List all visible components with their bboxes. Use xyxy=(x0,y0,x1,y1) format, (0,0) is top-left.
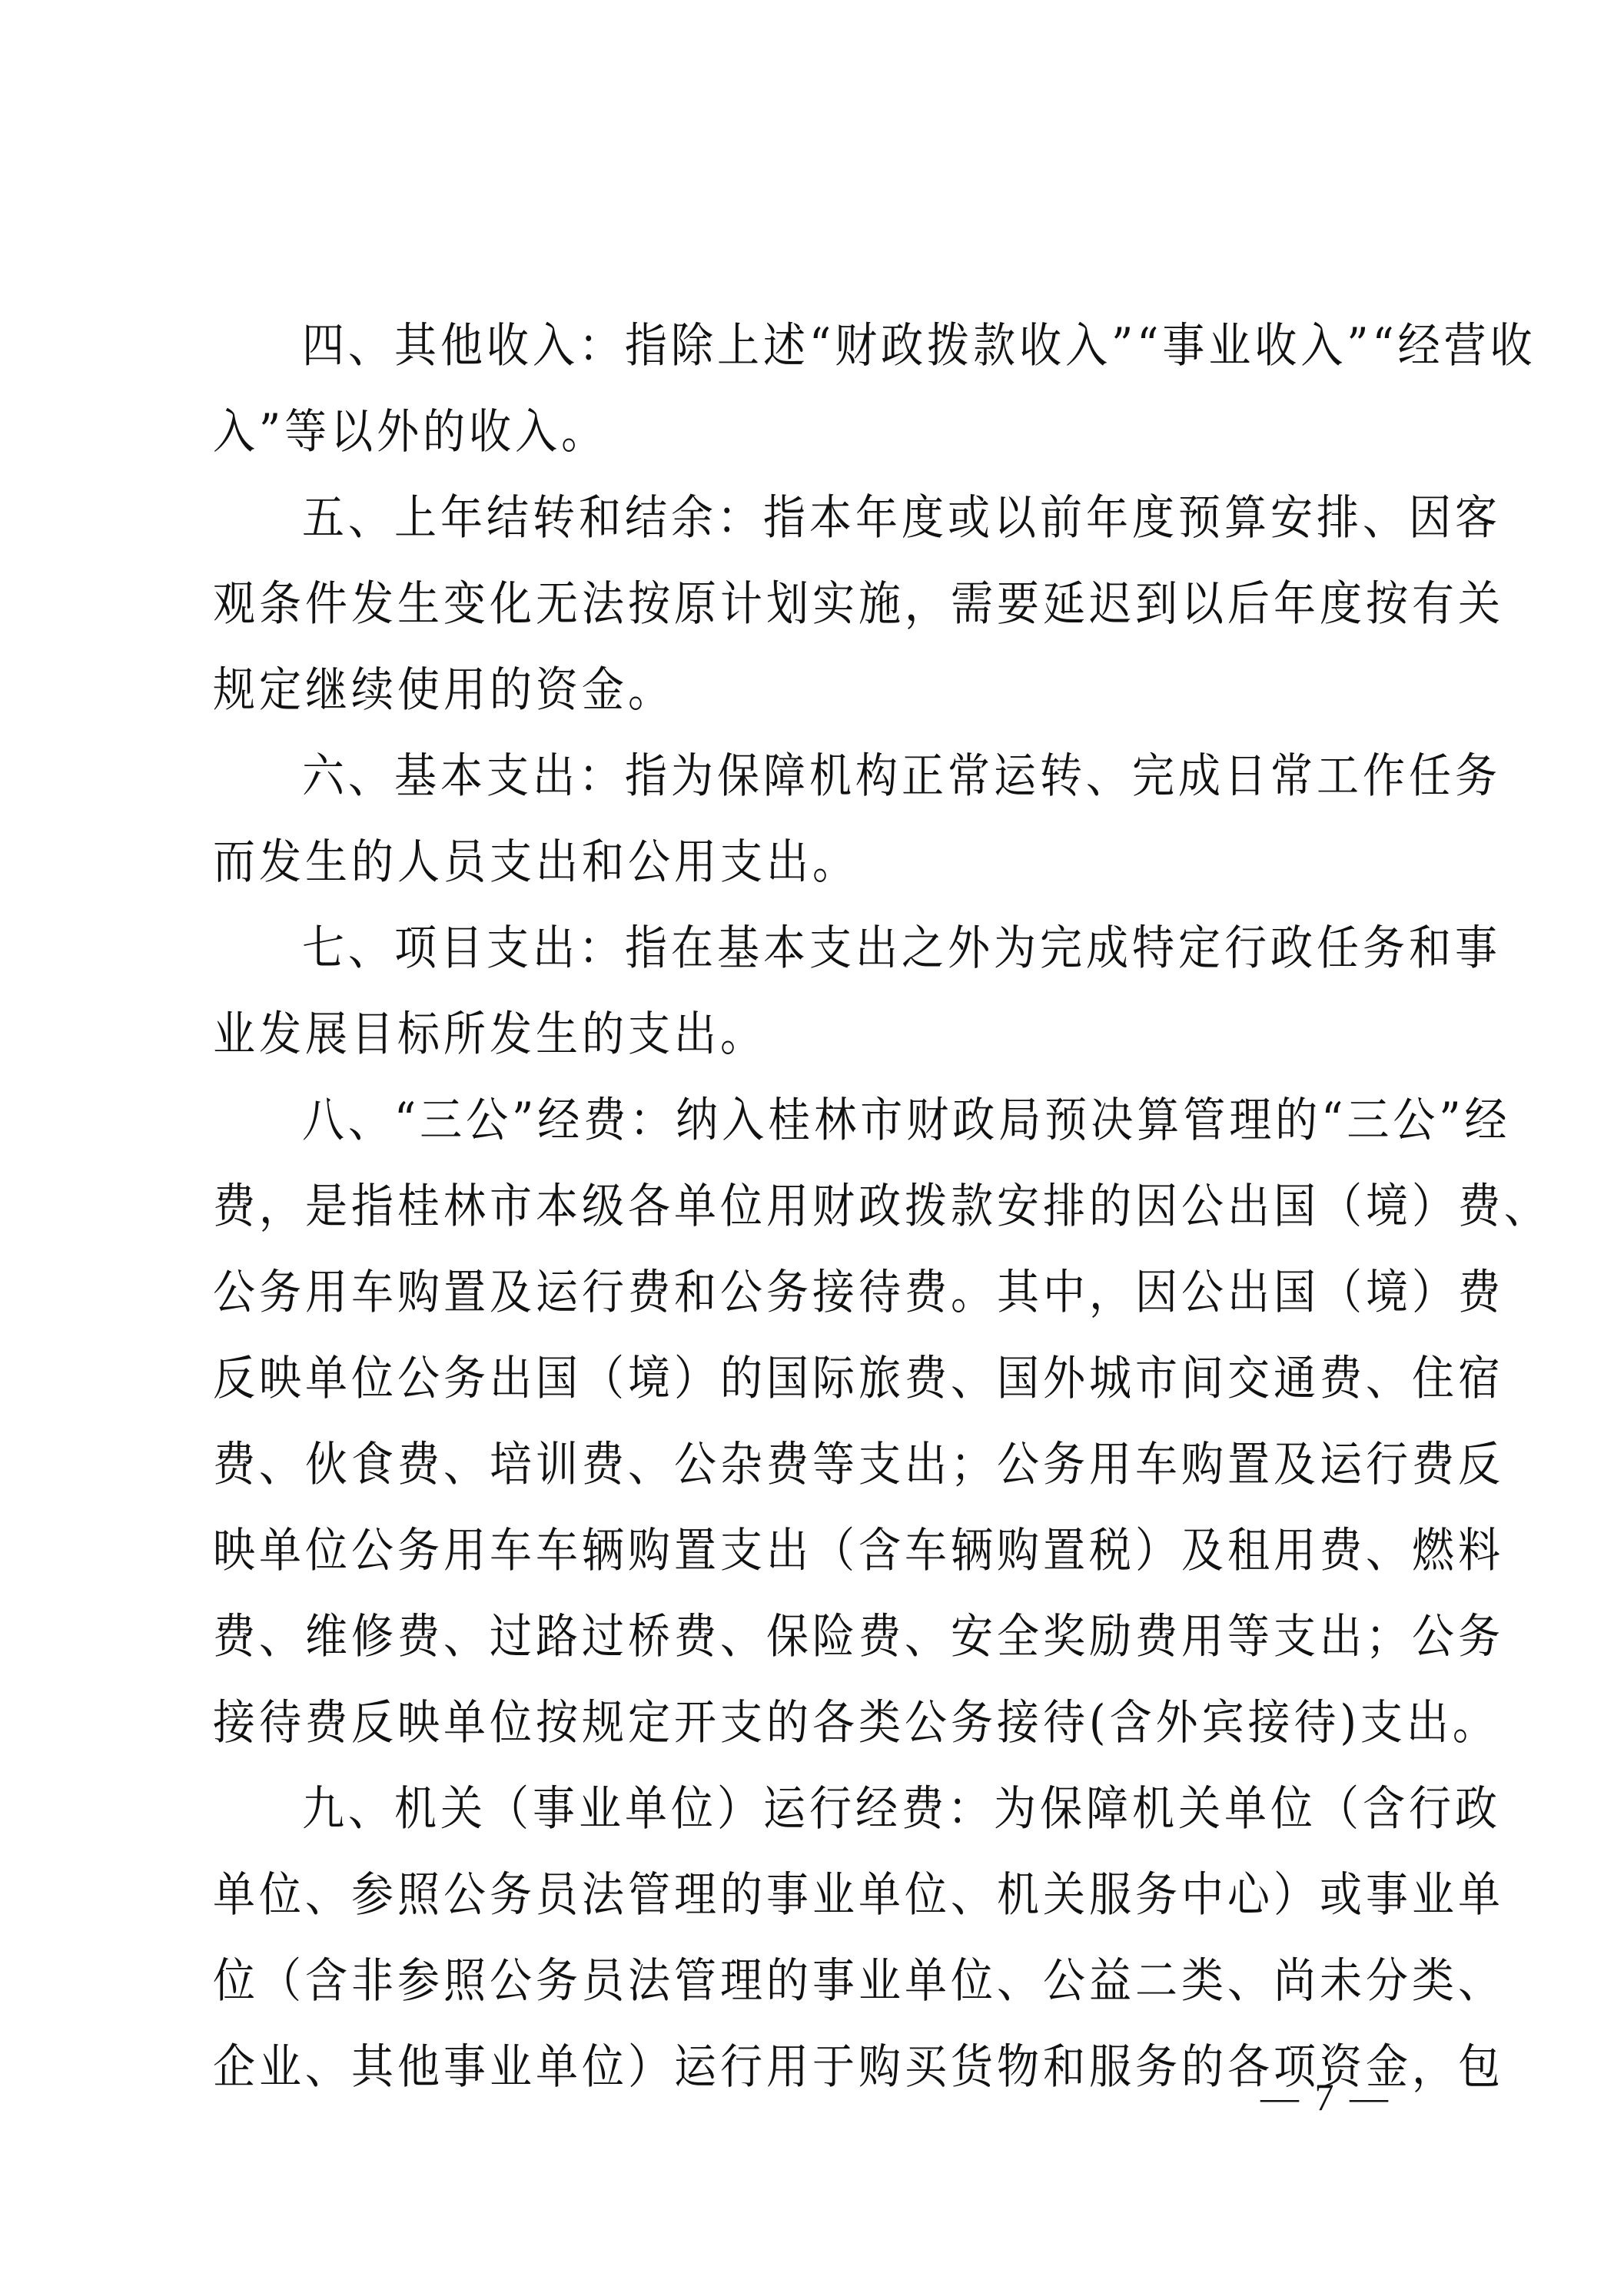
text-line: 公务用车购置及运行费和公务接待费。其中，因公出国（境）费 xyxy=(213,1243,1423,1339)
paragraph-operating-expenses: 九、机关（事业单位）运行经费：为保障机关单位（含行政 单位、参照公务员法管理的事… xyxy=(213,1765,1423,2109)
text-line: 四、其他收入：指除上述“财政拨款收入”“事业收入”“经营收 xyxy=(213,297,1423,393)
text-line: 九、机关（事业单位）运行经费：为保障机关单位（含行政 xyxy=(213,1760,1423,1856)
text-line: 七、项目支出：指在基本支出之外为完成特定行政任务和事 xyxy=(213,899,1423,995)
text-line: 业发展目标所发生的支出。 xyxy=(213,985,1423,1081)
text-line: 费、维修费、过路过桥费、保险费、安全奖励费用等支出；公务 xyxy=(213,1588,1423,1684)
text-line: 企业、其他事业单位）运行用于购买货物和服务的各项资金，包 xyxy=(213,2018,1423,2114)
text-line: 费、伙食费、培训费、公杂费等支出；公务用车购置及运行费反 xyxy=(213,1415,1423,1511)
text-line: 位（含非参照公务员法管理的事业单位、公益二类、尚未分类、 xyxy=(213,1932,1423,2028)
text-line: 六、基本支出：指为保障机构正常运转、完成日常工作任务 xyxy=(213,727,1423,823)
paragraph-project-expenditure: 七、项目支出：指在基本支出之外为完成特定行政任务和事 业发展目标所发生的支出。 xyxy=(213,904,1423,1077)
text-line: 费，是指桂林市本级各单位用财政拨款安排的因公出国（境）费、 xyxy=(213,1157,1423,1253)
text-line: 五、上年结转和结余：指本年度或以前年度预算安排、因客 xyxy=(213,469,1423,565)
text-line: 反映单位公务出国（境）的国际旅费、国外城市间交通费、住宿 xyxy=(213,1329,1423,1425)
text-line: 映单位公务用车车辆购置支出（含车辆购置税）及租用费、燃料 xyxy=(213,1501,1423,1598)
paragraph-prior-year-carryover: 五、上年结转和结余：指本年度或以前年度预算安排、因客 观条件发生变化无法按原计划… xyxy=(213,474,1423,732)
text-line: 八、“三公”经费：纳入桂林市财政局预决算管理的“三公”经 xyxy=(213,1071,1423,1167)
document-body: 四、其他收入：指除上述“财政拨款收入”“事业收入”“经营收 入”等以外的收入。 … xyxy=(213,302,1423,2109)
document-page: 四、其他收入：指除上述“财政拨款收入”“事业收入”“经营收 入”等以外的收入。 … xyxy=(0,0,1624,2296)
page-number: — 7 — xyxy=(1260,2075,1391,2119)
text-line: 规定继续使用的资金。 xyxy=(213,641,1423,737)
paragraph-basic-expenditure: 六、基本支出：指为保障机构正常运转、完成日常工作任务 而发生的人员支出和公用支出… xyxy=(213,732,1423,904)
text-line: 单位、参照公务员法管理的事业单位、机关服务中心）或事业单 xyxy=(213,1846,1423,1942)
text-line: 而发生的人员支出和公用支出。 xyxy=(213,813,1423,909)
paragraph-three-public-expenses: 八、“三公”经费：纳入桂林市财政局预决算管理的“三公”经 费，是指桂林市本级各单… xyxy=(213,1077,1423,1765)
text-line: 观条件发生变化无法按原计划实施，需要延迟到以后年度按有关 xyxy=(213,555,1423,651)
text-line: 入”等以外的收入。 xyxy=(213,383,1423,479)
paragraph-other-income: 四、其他收入：指除上述“财政拨款收入”“事业收入”“经营收 入”等以外的收入。 xyxy=(213,302,1423,474)
text-line: 接待费反映单位按规定开支的各类公务接待(含外宾接待)支出。 xyxy=(213,1674,1423,1770)
